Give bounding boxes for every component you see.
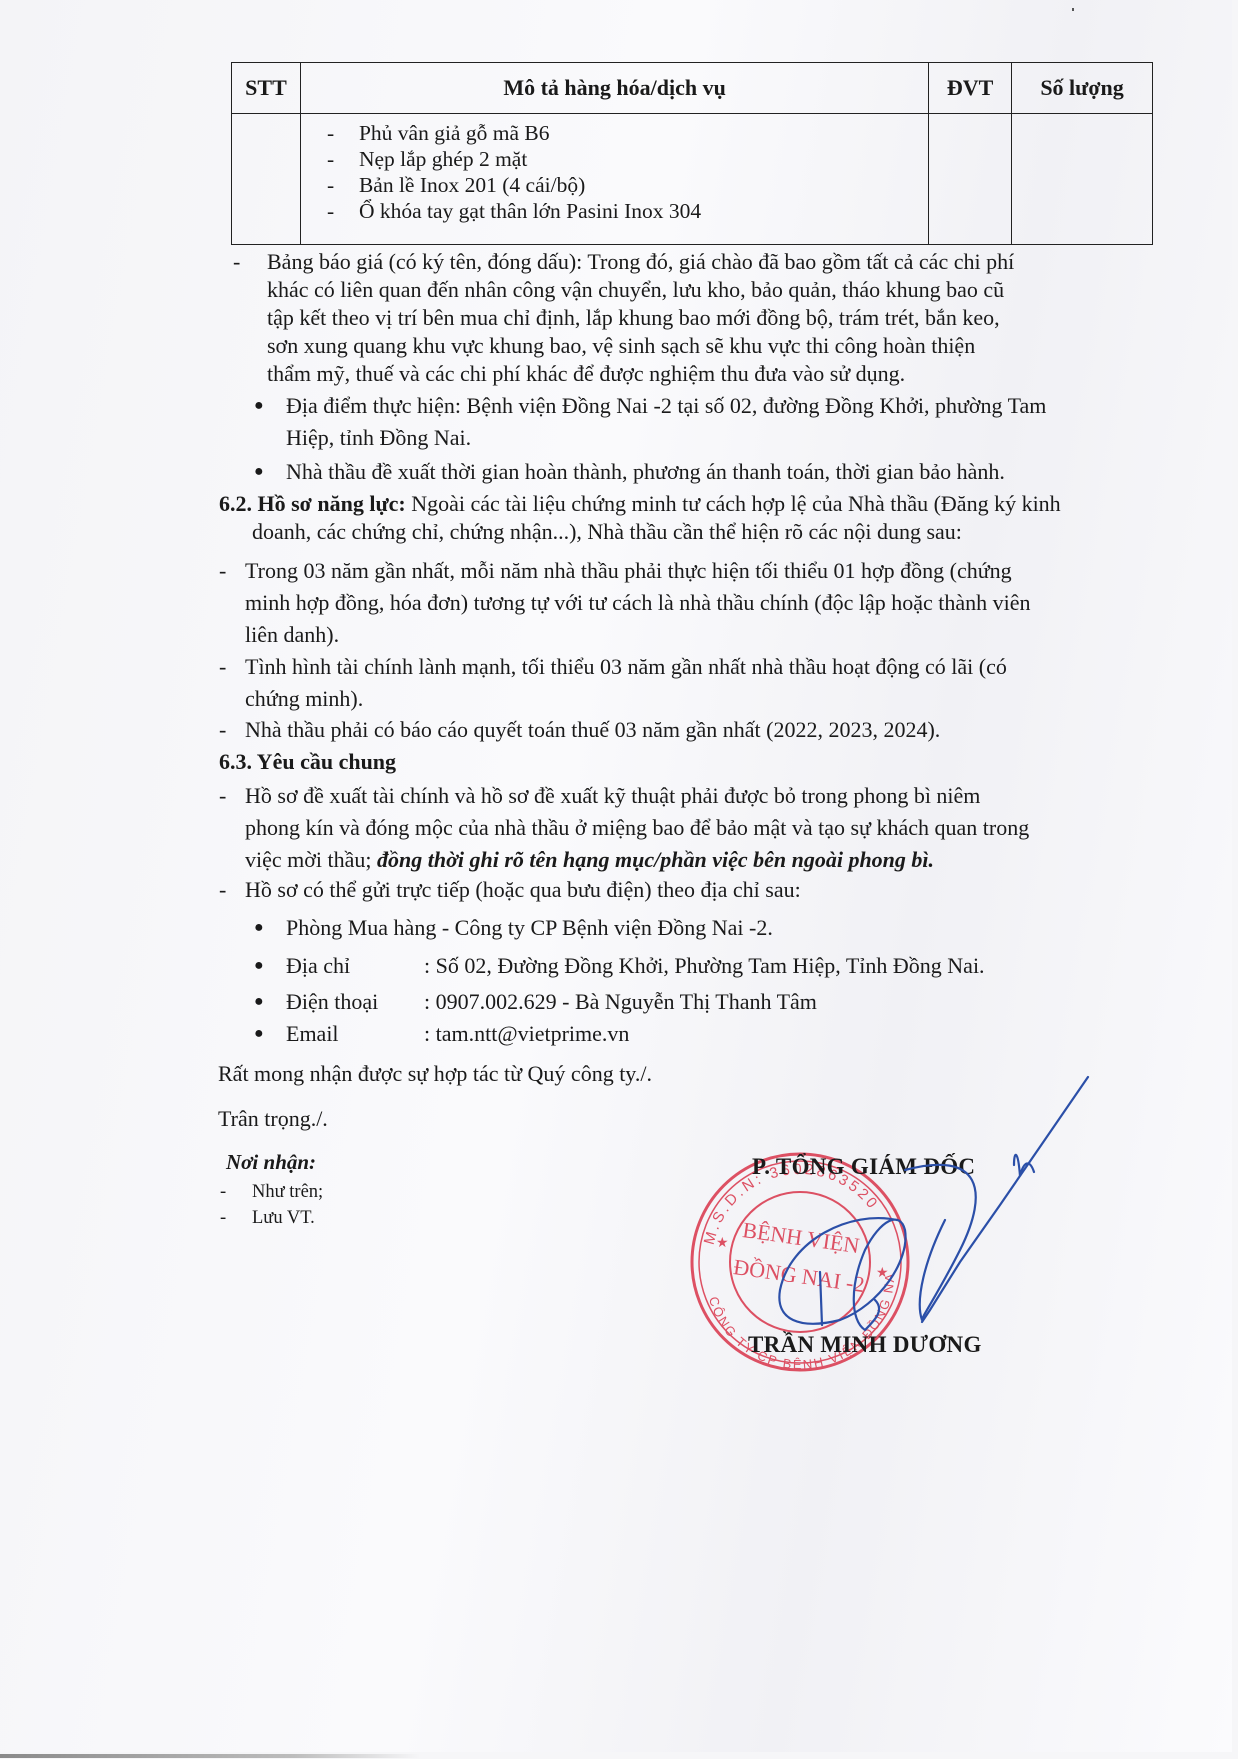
bullet-proposal: ● Nhà thầu đề xuất thời gian hoàn thành,… xyxy=(254,458,1154,488)
header-stt: STT xyxy=(232,63,301,114)
heading-text: 6.3. Yêu cầu chung xyxy=(219,749,396,774)
contact-address: ● Địa chỉ : Số 02, Đường Đồng Khởi, Phườ… xyxy=(254,952,1154,982)
bullet-icon: ● xyxy=(254,1020,264,1048)
bullet-line: Địa điểm thực hiện: Bệnh viện Đồng Nai -… xyxy=(286,390,1046,422)
dash-marker: - xyxy=(233,248,240,276)
item-line: phong kín và đóng mộc của nhà thầu ở miệ… xyxy=(245,812,1029,844)
contact-label: Email xyxy=(286,1020,339,1048)
dash-marker: - xyxy=(219,780,226,812)
dash-marker: - xyxy=(219,555,226,587)
cell-description: Phủ vân giả gỗ mã B6 Nẹp lắp ghép 2 mặt … xyxy=(300,114,928,245)
contact-label: Điện thoại xyxy=(286,988,378,1016)
quote-line: khác có liên quan đến nhân công vận chuy… xyxy=(267,276,1014,304)
dash-marker: - xyxy=(219,876,226,904)
general-item: - Hồ sơ đề xuất tài chính và hồ sơ đề xu… xyxy=(219,780,1159,876)
dash-marker: - xyxy=(220,1208,226,1229)
item-line: Trong 03 năm gần nhất, mỗi năm nhà thầu … xyxy=(245,555,1031,587)
item-line: minh hợp đồng, hóa đơn) tương tự với tư … xyxy=(245,587,1031,619)
svg-text:★: ★ xyxy=(876,1266,889,1281)
contact-email-value[interactable]: : tam.ntt@vietprime.vn xyxy=(424,1020,629,1048)
closing-regards: Trân trọng./. xyxy=(218,1105,328,1133)
section-6-2-heading: 6.2. Hồ sơ năng lực: xyxy=(219,491,406,516)
recipient-text: Như trên; xyxy=(252,1182,323,1203)
list-item: Phủ vân giả gỗ mã B6 xyxy=(327,120,928,146)
capability-item: - Trong 03 năm gần nhất, mỗi năm nhà thầ… xyxy=(219,555,1159,651)
dash-marker: - xyxy=(219,651,226,683)
item-line: việc mời thầu; xyxy=(245,847,377,872)
list-item: Ổ khóa tay gạt thân lớn Pasini Inox 304 xyxy=(327,198,928,224)
contact-email: ● Email : tam.ntt@vietprime.vn xyxy=(254,1020,1154,1050)
bullet-icon: ● xyxy=(254,458,264,486)
item-line: chứng minh). xyxy=(245,683,1007,715)
bullet-icon: ● xyxy=(254,988,264,1016)
svg-text:ĐỒNG NAI -2: ĐỒNG NAI -2 xyxy=(732,1254,866,1297)
bullet-icon: ● xyxy=(254,914,264,942)
cell-unit xyxy=(929,114,1012,245)
section-6-3-heading: 6.3. Yêu cầu chung xyxy=(219,748,396,776)
bullet-icon: ● xyxy=(254,390,264,422)
contact-phone: ● Điện thoại : 0907.002.629 - Bà Nguyễn … xyxy=(254,988,1154,1018)
item-line: Hồ sơ có thể gửi trực tiếp (hoặc qua bưu… xyxy=(245,876,801,904)
capability-item: - Tình hình tài chính lành mạnh, tối thi… xyxy=(219,651,1159,715)
list-item: Bản lề Inox 201 (4 cái/bộ) xyxy=(327,172,928,198)
bullet-location: ● Địa điểm thực hiện: Bệnh viện Đồng Nai… xyxy=(254,390,1154,454)
header-description: Mô tả hàng hóa/dịch vụ xyxy=(300,63,928,114)
signatory-title: P. TỔNG GIÁM ĐỐC xyxy=(752,1154,975,1180)
table-row: Phủ vân giả gỗ mã B6 Nẹp lắp ghép 2 mặt … xyxy=(232,114,1153,245)
emphasis-text: đồng thời ghi rõ tên hạng mục/phần việc … xyxy=(377,847,934,872)
item-line: Nhà thầu phải có báo cáo quyết toán thuế… xyxy=(245,716,940,744)
header-quantity: Số lượng xyxy=(1012,63,1153,114)
table-header-row: STT Mô tả hàng hóa/dịch vụ ĐVT Số lượng xyxy=(232,63,1153,114)
signatory-name: TRẦN MINH DƯƠNG xyxy=(748,1332,982,1358)
item-line: liên danh). xyxy=(245,619,1031,651)
quote-line: tập kết theo vị trí bên mua chỉ định, lắ… xyxy=(267,304,1014,332)
dash-marker: - xyxy=(220,1182,226,1203)
header-unit: ĐVT xyxy=(929,63,1012,114)
intro-text: Ngoài các tài liệu chứng minh tư cách hợ… xyxy=(406,491,1061,516)
recipient-text: Lưu VT. xyxy=(252,1208,315,1229)
bullet-line: Hiệp, tỉnh Đồng Nai. xyxy=(286,422,1046,454)
quote-line: thẩm mỹ, thuế và các chi phí khác để đượ… xyxy=(267,360,1014,388)
item-line: Hồ sơ đề xuất tài chính và hồ sơ đề xuất… xyxy=(245,780,1029,812)
svg-text:BỆNH VIỆN: BỆNH VIỆN xyxy=(741,1217,861,1258)
cell-stt xyxy=(232,114,301,245)
item-line: Tình hình tài chính lành mạnh, tối thiểu… xyxy=(245,651,1007,683)
item-list: Phủ vân giả gỗ mã B6 Nẹp lắp ghép 2 mặt … xyxy=(301,114,928,224)
dash-marker: - xyxy=(219,716,226,744)
contact-label: Phòng Mua hàng - Công ty CP Bệnh viện Đồ… xyxy=(286,914,773,942)
quote-line: Bảng báo giá (có ký tên, đóng dấu): Tron… xyxy=(267,248,1014,276)
bullet-icon: ● xyxy=(254,952,264,980)
bullet-line: Nhà thầu đề xuất thời gian hoàn thành, p… xyxy=(286,458,1005,486)
contact-department: ● Phòng Mua hàng - Công ty CP Bệnh viện … xyxy=(254,914,1154,944)
section-6-2-intro: 6.2. Hồ sơ năng lực: Ngoài các tài liệu … xyxy=(219,490,1159,546)
scan-speck xyxy=(1072,8,1074,11)
scan-edge xyxy=(0,1754,420,1758)
document-page: STT Mô tả hàng hóa/dịch vụ ĐVT Số lượng … xyxy=(0,0,1232,1752)
contact-value: : 0907.002.629 - Bà Nguyễn Thị Thanh Tâm xyxy=(424,988,817,1016)
contact-label: Địa chỉ xyxy=(286,952,350,980)
quote-line: sơn xung quang khu vực khung bao, vệ sin… xyxy=(267,332,1014,360)
contact-value: : Số 02, Đường Đồng Khởi, Phường Tam Hiệ… xyxy=(424,952,985,980)
general-item: - Hồ sơ có thể gửi trực tiếp (hoặc qua b… xyxy=(219,876,1159,908)
recipients-title: Nơi nhận: xyxy=(226,1150,316,1175)
svg-text:★: ★ xyxy=(716,1236,729,1251)
quote-paragraph: - Bảng báo giá (có ký tên, đóng dấu): Tr… xyxy=(233,248,1153,393)
closing-line: Rất mong nhận được sự hợp tác từ Quý côn… xyxy=(218,1060,652,1088)
list-item: Nẹp lắp ghép 2 mặt xyxy=(327,146,928,172)
capability-item: - Nhà thầu phải có báo cáo quyết toán th… xyxy=(219,716,1159,748)
cell-quantity xyxy=(1012,114,1153,245)
goods-table: STT Mô tả hàng hóa/dịch vụ ĐVT Số lượng … xyxy=(231,62,1153,245)
intro-text: doanh, các chứng chỉ, chứng nhận...), Nh… xyxy=(219,518,1159,546)
